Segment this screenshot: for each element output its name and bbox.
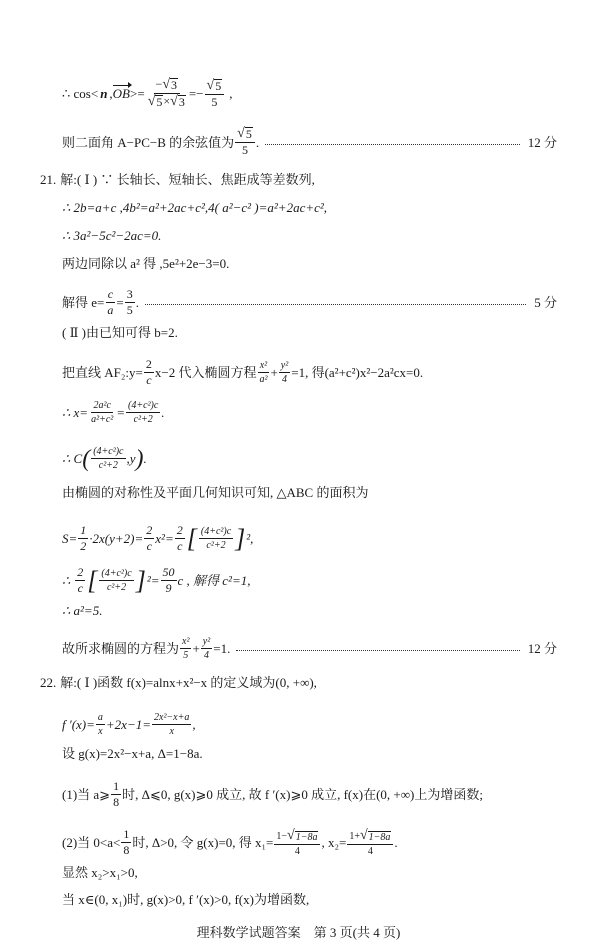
numerator: x² (258, 360, 269, 373)
fraction: (4+c²)cc²+2 (126, 400, 160, 425)
sqrt: √5 (207, 79, 223, 93)
prefix: (1)当 a⩾ (62, 788, 110, 801)
equals: = (116, 406, 125, 419)
numerator: 2 (144, 358, 154, 373)
denominator: c (144, 373, 153, 387)
left-bracket: [ (187, 526, 197, 552)
radicand: 3 (178, 95, 186, 109)
numerator-prefix: 1+ (349, 831, 360, 842)
middle-text: x²= (155, 532, 173, 545)
score-label: 12 分 (528, 136, 557, 149)
fraction: 35 (125, 288, 135, 317)
middle-text: +2x−1= (106, 718, 151, 731)
denominator: a²+c² (89, 413, 115, 425)
part-header: 解:( Ⅰ )函数 f(x)=alnx+x²−x 的定义域为(0, +∞), (60, 676, 317, 689)
ending: =1, 得(a²+c²)x²−2a²cx=0. (291, 366, 423, 379)
score-label: 12 分 (528, 642, 557, 655)
prefix: f ′(x)= (62, 718, 95, 731)
numerator: 2 (175, 524, 185, 539)
right-paren: ) (136, 447, 144, 471)
equals: = (116, 296, 123, 309)
sqrt: √5 (237, 127, 253, 141)
denominator: c (145, 539, 154, 553)
numerator: 1 (111, 780, 121, 795)
denominator: 9 (164, 581, 174, 595)
score-label: 5 分 (534, 296, 557, 309)
question-number: 21. (40, 173, 56, 186)
q21-eccentricity-line: 解得 e= ca = 35 . 5 分 (62, 288, 557, 317)
numerator: 2a²c (91, 400, 112, 413)
period: . (161, 406, 164, 419)
numerator: y² (201, 636, 212, 649)
numerator: 2x²−x+a (152, 712, 191, 725)
denominator: 5 (240, 143, 250, 157)
fraction: 509 (161, 566, 177, 595)
equals: =− (189, 87, 204, 100)
numerator-prefix: 1− (276, 831, 287, 842)
prefix: ∴ x= (62, 406, 88, 419)
times-sign: × (163, 94, 170, 108)
cos-prefix: ∴ cos< (62, 87, 98, 100)
radicand: 5 (214, 79, 222, 93)
numerator: 3 (125, 288, 135, 303)
q22-part1-header: 22. 解:( Ⅰ )函数 f(x)=alnx+x²−x 的定义域为(0, +∞… (40, 676, 317, 689)
denominator: 8 (111, 795, 121, 809)
fraction: 2x²−x+ax (152, 712, 191, 737)
radicand: 1−8a (295, 831, 319, 843)
sqrt: √3 (162, 78, 178, 92)
numerator: 2 (75, 566, 85, 581)
denominator: 5 (125, 303, 135, 317)
denominator: c²+2 (132, 413, 155, 425)
prefix: 故所求椭圆的方程为 (62, 642, 179, 655)
middle-text: x−2 代入椭圆方程 (155, 366, 257, 379)
ending: =1. (213, 642, 230, 655)
fraction: 1−√1−8a 4 (274, 829, 320, 857)
dihedral-conclusion-line: 则二面角 A−PC−B 的余弦值为 √5 5 . 12 分 (62, 127, 557, 157)
numerator: 1 (78, 524, 88, 539)
denominator: 4 (280, 373, 289, 385)
leader-dots (145, 304, 526, 305)
q21-final-equation: 故所求椭圆的方程为 x²5 + y²4 =1. 12 分 (62, 636, 557, 661)
numerator: (4+c²)c (199, 526, 233, 539)
fraction: 12 (78, 524, 88, 553)
fraction: ax (96, 712, 105, 737)
sqrt: √5 (148, 95, 164, 109)
prefix: ∴ C (62, 452, 82, 465)
q21-part2-header: ( Ⅱ )由已知可得 b=2. (62, 326, 178, 339)
denominator: 8 (121, 843, 131, 857)
denominator: c (76, 581, 85, 595)
q22-increasing-interval: 当 x∈(0, x₁)时, g(x)>0, f ′(x)>0, f(x)为增函数… (62, 893, 309, 906)
q21-area-intro: 由椭圆的对称性及平面几何知识可知, △ABC 的面积为 (62, 486, 368, 499)
fraction: x²5 (180, 636, 191, 661)
vector-ob: OB (113, 87, 130, 100)
denominator: 4 (293, 845, 302, 857)
left-bracket: [ (87, 568, 97, 594)
prefix: (2)当 0<a< (62, 836, 120, 849)
fraction: 2a²ca²+c² (89, 400, 115, 425)
period: . (394, 836, 397, 849)
fraction: 1+√1−8a 4 (347, 829, 393, 857)
ending: 时, Δ⩽0, g(x)⩾0 成立, 故 f ′(x)⩾0 成立, f(x)在(… (122, 788, 483, 801)
prefix: 把直线 AF₂:y= (62, 366, 143, 379)
fraction: −√3 √5×√3 (146, 78, 188, 109)
numerator: 2 (144, 524, 154, 539)
fraction: (4+c²)cc²+2 (199, 526, 233, 551)
numerator: (4+c²)c (99, 568, 133, 581)
fraction: ca (105, 288, 115, 317)
comma: , (229, 87, 232, 100)
denominator: c²+2 (204, 539, 227, 551)
denominator: 5 (209, 95, 219, 109)
radicand: 5 (245, 127, 253, 141)
q21-solve-c: ∴ 2c [ (4+c²)cc²+2 ] ²= 509 c , 解得 c²=1, (62, 566, 250, 595)
denominator: 4 (366, 845, 375, 857)
q22-ordering: 显然 x₂>x₁>0, (62, 866, 138, 879)
period: . (144, 452, 147, 465)
q21-line-substitution: 把直线 AF₂:y= 2c x−2 代入椭圆方程 x²a² + y²4 =1, … (62, 358, 423, 387)
prefix: S= (62, 532, 77, 545)
q22-case2: (2)当 0<a< 18 时, Δ>0, 令 g(x)=0, 得 x₁= 1−√… (62, 828, 398, 857)
sqrt: √1−8a (287, 829, 318, 843)
middle-text: ,y (127, 452, 136, 465)
q21-line3: ∴ 3a²−5c²−2ac=0. (62, 229, 161, 242)
fraction: 2c (175, 524, 185, 553)
fraction: (4+c²)cc²+2 (99, 568, 133, 593)
q22-derivative: f ′(x)= ax +2x−1= 2x²−x+ax , (62, 712, 196, 737)
middle-text: ²= (147, 574, 160, 587)
numerator: a (96, 712, 105, 725)
denominator: c (175, 539, 184, 553)
q21-a-squared: ∴ a²=5. (62, 604, 102, 617)
ending: ², (246, 532, 253, 545)
numerator: 1 (121, 828, 131, 843)
denominator: c²+2 (105, 581, 128, 593)
middle-text: ·2x(y+2)= (89, 532, 143, 545)
denominator: a² (257, 373, 269, 385)
fraction: y²4 (201, 636, 212, 661)
fraction: 18 (121, 828, 131, 857)
radicand: 3 (170, 78, 178, 92)
normal-vector-n: n (100, 87, 107, 100)
part-header: 解:( Ⅰ ) ∵ 长轴长、短轴长、焦距成等差数列, (60, 173, 315, 186)
period: . (256, 136, 259, 149)
fraction: 2c (144, 358, 154, 387)
q22-case1: (1)当 a⩾ 18 时, Δ⩽0, g(x)⩾0 成立, 故 f ′(x)⩾0… (62, 780, 483, 809)
sqrt: √3 (170, 95, 186, 109)
numerator: 50 (161, 566, 177, 581)
comma: , (192, 718, 195, 731)
numerator: c (106, 288, 115, 303)
page-footer: 理科数学试题答案 第 3 页(共 4 页) (0, 922, 597, 941)
numerator: x² (180, 636, 191, 649)
right-bracket: ] (136, 568, 146, 594)
fraction: √5 5 (235, 127, 255, 157)
denominator: x (96, 725, 104, 737)
fraction: (4+c²)cc²+2 (91, 446, 125, 471)
q21-line2: ∴ 2b=a+c ,4b²=a²+2ac+c²,4( a²−c² )=a²+2a… (62, 201, 327, 214)
right-bracket: ] (235, 526, 245, 552)
denominator: 2 (78, 539, 88, 553)
minus-sign: − (156, 77, 163, 91)
numerator: (4+c²)c (91, 446, 125, 459)
radicand: 1−8a (368, 831, 392, 843)
period: . (136, 296, 139, 309)
cos-angle-line: ∴ cos< n , OB >= −√3 √5×√3 =− √5 5 , (62, 78, 232, 109)
q21-line4: 两边同除以 a² 得 ,5e²+2e−3=0. (62, 257, 229, 270)
close-angle: >= (130, 87, 145, 100)
fraction: x²a² (257, 360, 269, 385)
fraction: 2c (75, 566, 85, 595)
denominator: x (167, 725, 175, 737)
prefix: ∴ (62, 574, 70, 587)
leader-dots (236, 650, 519, 651)
numerator: (4+c²)c (126, 400, 160, 413)
conclusion-text: 则二面角 A−PC−B 的余弦值为 (62, 136, 234, 149)
fraction: √5 5 (205, 79, 225, 109)
question-number: 22. (40, 676, 56, 689)
denominator: 4 (202, 649, 211, 661)
q21-point-c: ∴ C ( (4+c²)cc²+2 ,y ) . (62, 446, 147, 471)
middle-text: 时, Δ>0, 令 g(x)=0, 得 x₁= (132, 836, 273, 849)
q21-x-solution: ∴ x= 2a²ca²+c² = (4+c²)cc²+2 . (62, 400, 165, 425)
prefix: 解得 e= (62, 296, 104, 309)
ending: c , 解得 c²=1, (178, 574, 251, 587)
q22-g-definition: 设 g(x)=2x²−x+a, Δ=1−8a. (62, 747, 203, 760)
sqrt: √1−8a (360, 829, 391, 843)
denominator: a (105, 303, 115, 317)
fraction: 18 (111, 780, 121, 809)
denominator: 5 (181, 649, 190, 661)
denominator: c²+2 (97, 459, 120, 471)
q21-area-formula: S= 12 ·2x(y+2)= 2c x²= 2c [ (4+c²)cc²+2 … (62, 524, 253, 553)
numerator: y² (279, 360, 290, 373)
leader-dots (265, 144, 520, 145)
q21-part1-header: 21. 解:( Ⅰ ) ∵ 长轴长、短轴长、焦距成等差数列, (40, 173, 315, 186)
fraction: y²4 (279, 360, 290, 385)
middle-text: , x₂= (321, 836, 346, 849)
plus: + (270, 366, 277, 379)
plus: + (192, 642, 199, 655)
left-paren: ( (82, 447, 90, 471)
fraction: 2c (144, 524, 154, 553)
